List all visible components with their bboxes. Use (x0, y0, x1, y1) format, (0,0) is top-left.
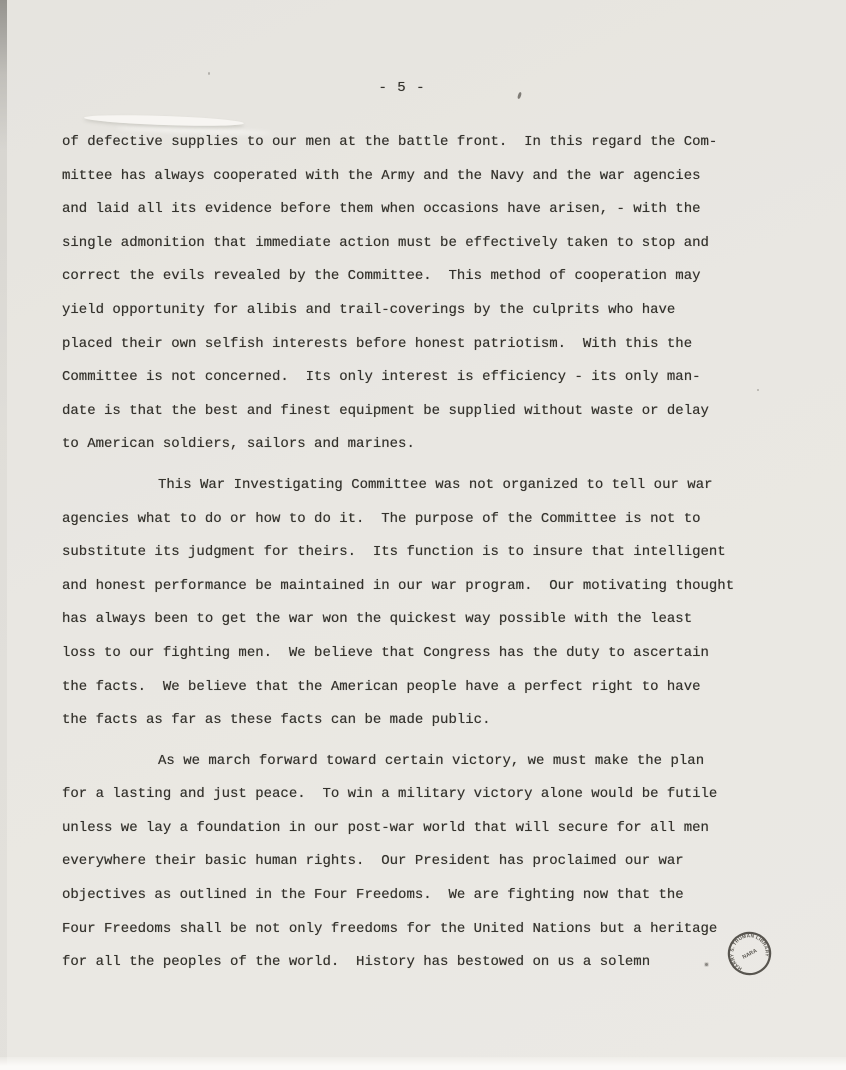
text-line: Four Freedoms shall be not only freedoms… (62, 913, 762, 947)
text-line: to American soldiers, sailors and marine… (62, 428, 762, 462)
text-line: As we march forward toward certain victo… (62, 745, 762, 779)
text-line: for a lasting and just peace. To win a m… (62, 778, 762, 812)
text-line: This War Investigating Committee was not… (62, 469, 762, 503)
paragraph: This War Investigating Committee was not… (62, 469, 762, 738)
text-line: single admonition that immediate action … (62, 227, 762, 261)
scan-left-edge-shadow (0, 0, 7, 1070)
text-line: has always been to get the war won the q… (62, 603, 762, 637)
text-line: objectives as outlined in the Four Freed… (62, 879, 762, 913)
text-line: substitute its judgment for theirs. Its … (62, 536, 762, 570)
text-line: loss to our fighting men. We believe tha… (62, 637, 762, 671)
text-line: Committee is not concerned. Its only int… (62, 361, 762, 395)
text-line: date is that the best and finest equipme… (62, 395, 762, 429)
text-line: for all the peoples of the world. Histor… (62, 946, 762, 980)
text-line: mittee has always cooperated with the Ar… (62, 160, 762, 194)
text-line: yield opportunity for alibis and trail-c… (62, 294, 762, 328)
text-line: of defective supplies to our men at the … (62, 126, 762, 160)
text-line: and laid all its evidence before them wh… (62, 193, 762, 227)
text-line: correct the evils revealed by the Commit… (62, 260, 762, 294)
scan-speck (208, 72, 210, 75)
scan-bottom-edge (0, 1057, 846, 1070)
text-line: the facts as far as these facts can be m… (62, 704, 762, 738)
text-line: and honest performance be maintained in … (62, 570, 762, 604)
document-body: of defective supplies to our men at the … (62, 126, 762, 980)
text-line: everywhere their basic human rights. Our… (62, 845, 762, 879)
text-line: placed their own selfish interests befor… (62, 328, 762, 362)
page-number: - 5 - (62, 80, 742, 96)
text-line: the facts. We believe that the American … (62, 671, 762, 705)
text-line: unless we lay a foundation in our post-w… (62, 812, 762, 846)
paragraph: As we march forward toward certain victo… (62, 745, 762, 980)
stamp-center-text: NARA (742, 948, 759, 961)
document-page: - 5 - of defective supplies to our men a… (0, 0, 846, 1070)
paragraph: of defective supplies to our men at the … (62, 126, 762, 462)
text-line: agencies what to do or how to do it. The… (62, 503, 762, 537)
